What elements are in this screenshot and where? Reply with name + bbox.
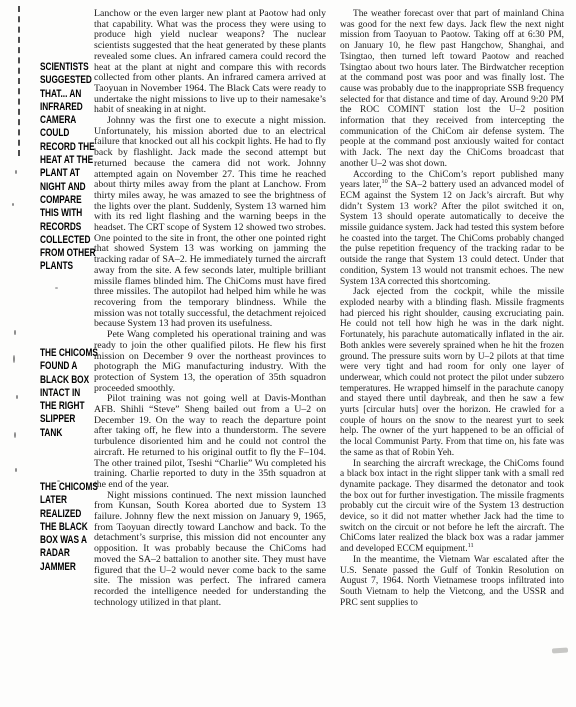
scan-speck — [14, 330, 16, 335]
scan-speck — [16, 395, 18, 399]
paragraph-weather-forecast-mission: The weather forecast over that part of m… — [340, 9, 564, 170]
right-text-column: The weather forecast over that part of m… — [340, 9, 564, 608]
paragraph-lanchow-plant: Lanchow or the even larger new plant at … — [94, 9, 326, 116]
book-page: SCIENTISTS SUGGESTED THAT... AN INFRARED… — [0, 0, 576, 707]
paragraph-pete-wang-training: Pete Wang completed his operational trai… — [94, 330, 326, 394]
paragraph-vietnam-war-escalated: In the meantime, the Vietnam War escalat… — [340, 555, 564, 609]
scan-speck — [15, 468, 17, 472]
page-edge-dashed-line — [18, 6, 20, 156]
paragraph-text: the SA–2 battery used an advanced model … — [340, 180, 564, 286]
scan-mark-right-edge — [552, 647, 568, 653]
scan-speck — [14, 432, 16, 438]
scan-speck — [15, 170, 17, 174]
left-text-column: Lanchow or the even larger new plant at … — [94, 9, 326, 608]
scan-speck — [55, 287, 58, 289]
paragraph-jack-ejected: Jack ejected from the cockpit, while the… — [340, 287, 564, 458]
paragraph-night-missions-continued: Night missions continued. The next missi… — [94, 491, 326, 609]
paragraph-johnny-night-mission: Johnny was the first one to execute a ni… — [94, 116, 326, 330]
scan-speck — [12, 203, 14, 206]
footnote-marker-11: 11 — [468, 542, 474, 549]
paragraph-text: In searching the aircraft wreckage, the … — [340, 459, 564, 555]
paragraph-wreckage-black-box: In searching the aircraft wreckage, the … — [340, 459, 564, 555]
paragraph-chicom-report-ecm: According to the ChiCom’s report publish… — [340, 170, 564, 288]
paragraph-pilot-training-davis-monthan: Pilot training was not going well at Dav… — [94, 394, 326, 490]
scan-speck — [13, 355, 15, 363]
